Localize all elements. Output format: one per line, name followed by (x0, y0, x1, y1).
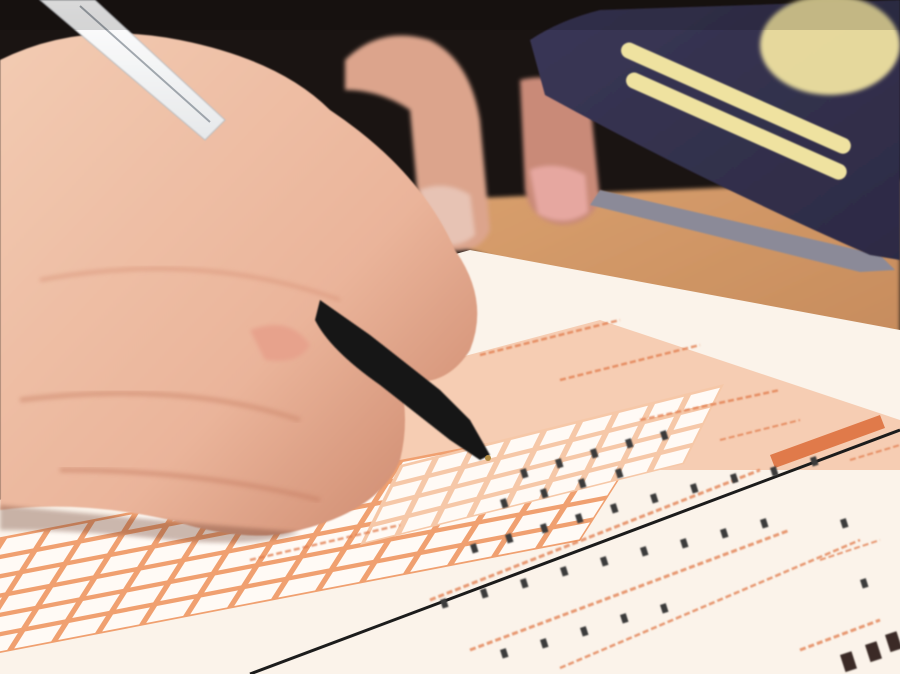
photo-scene: Close-up photo of a hand writing with a … (0, 0, 900, 674)
photo-illustration (0, 0, 900, 674)
